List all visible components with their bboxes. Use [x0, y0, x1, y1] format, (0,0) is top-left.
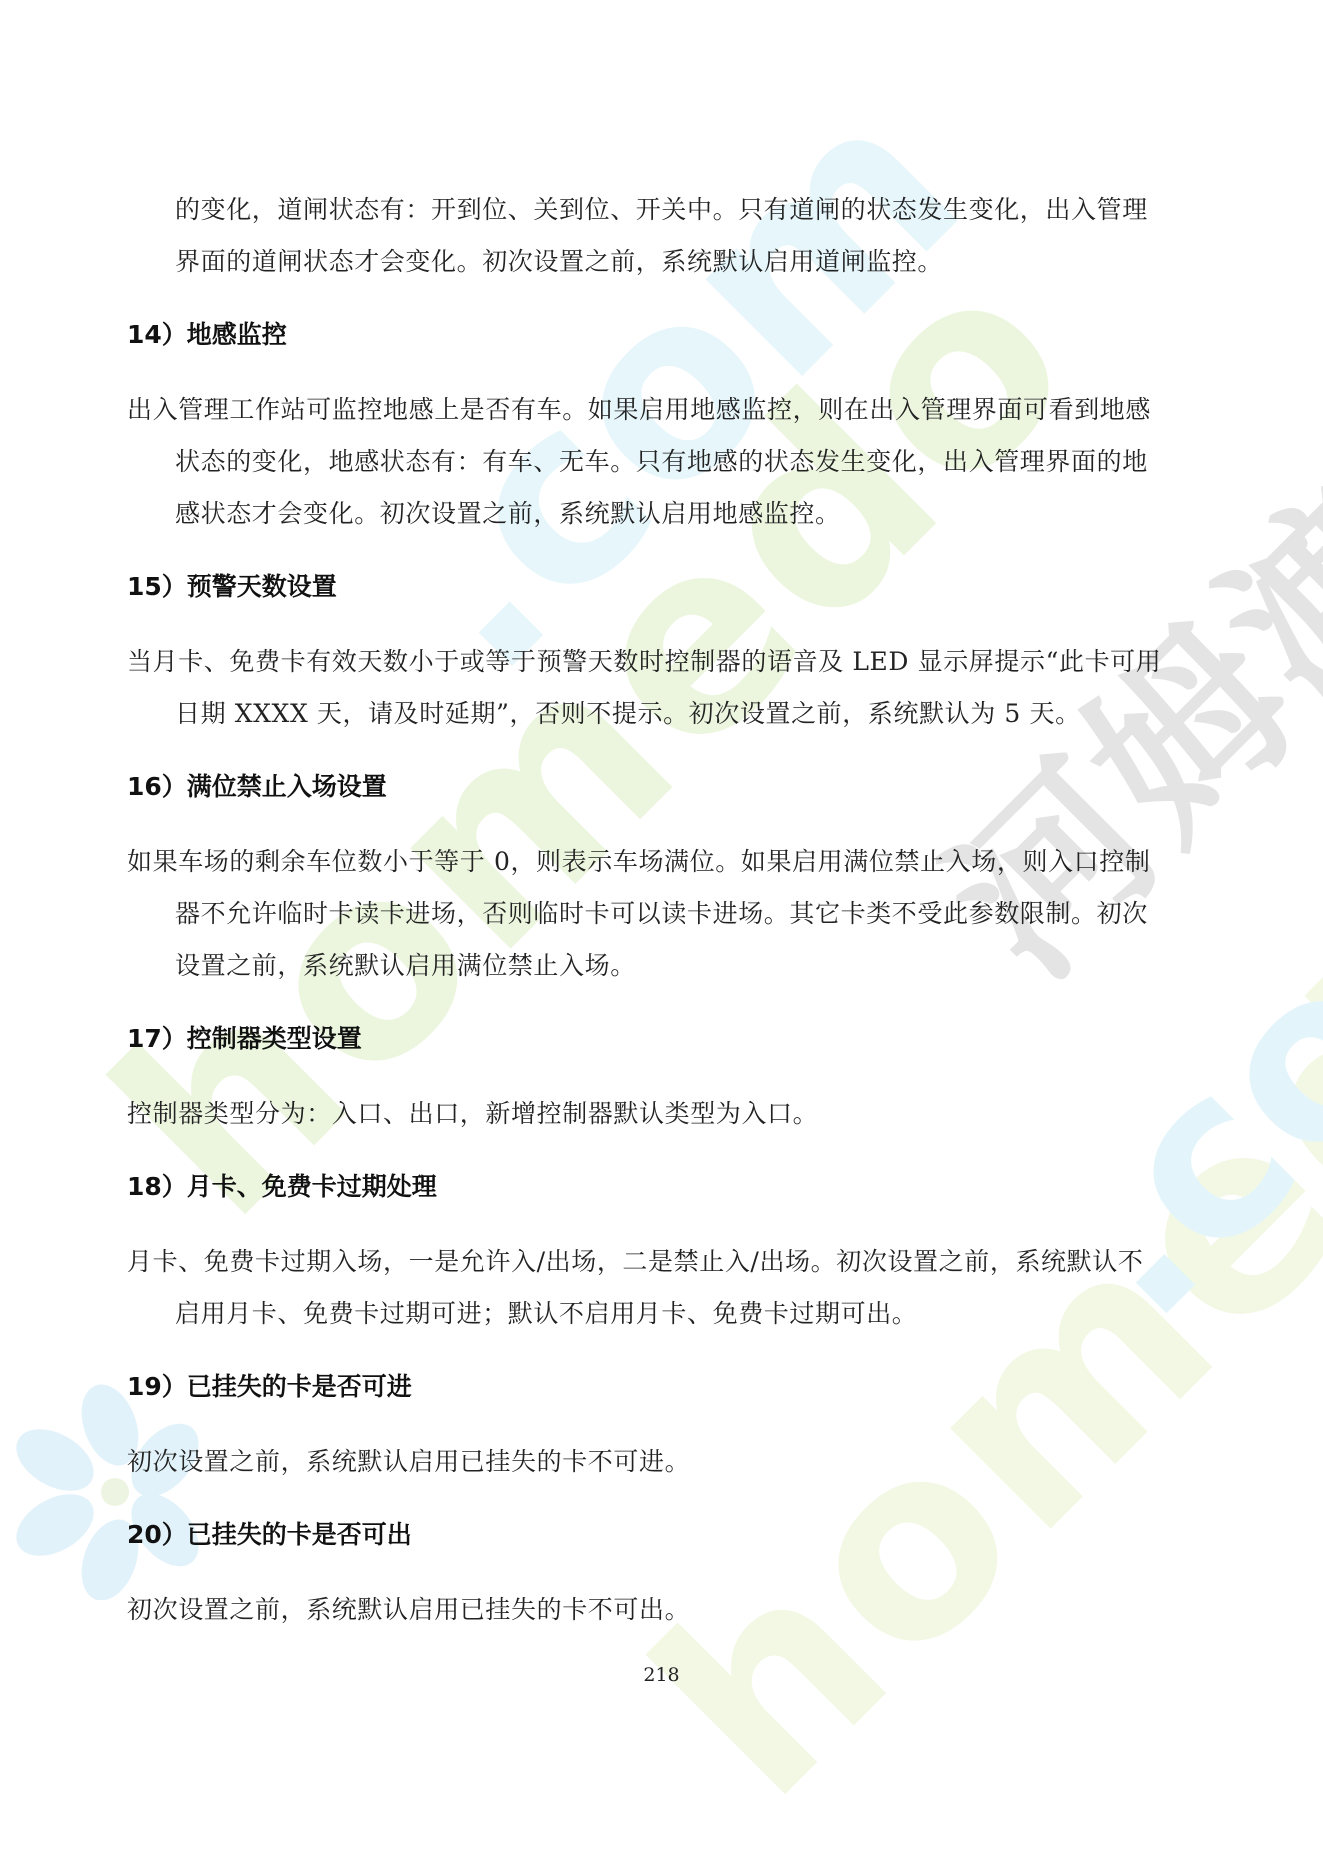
section-title: 已挂失的卡是否可出 — [187, 1520, 412, 1549]
paragraph-line: 初次设置之前，系统默认启用已挂失的卡不可进。 — [127, 1446, 690, 1478]
section-number: 16） — [127, 772, 187, 801]
section-heading-16: 16）满位禁止入场设置 — [127, 771, 387, 803]
section-heading-15: 15）预警天数设置 — [127, 571, 337, 603]
paragraph-line: 的变化，道闸状态有：开到位、关到位、开关中。只有道闸的状态发生变化，出入管理 — [175, 194, 1148, 226]
paragraph-line: 界面的道闸状态才会变化。初次设置之前，系统默认启用道闸监控。 — [175, 246, 943, 278]
paragraph-line: 设置之前，系统默认启用满位禁止入场。 — [175, 950, 636, 982]
section-title: 月卡、免费卡过期处理 — [187, 1172, 437, 1201]
section-number: 14） — [127, 320, 187, 349]
watermark-domain: .com — [330, 42, 1013, 725]
section-title: 地感监控 — [187, 320, 287, 349]
section-heading-19: 19）已挂失的卡是否可进 — [127, 1371, 412, 1403]
paragraph-line: 月卡、免费卡过期入场，一是允许入/出场，二是禁止入/出场。初次设置之前，系统默认… — [127, 1246, 1143, 1278]
paragraph-line: 出入管理工作站可监控地感上是否有车。如果启用地感监控，则在出入管理界面可看到地感 — [127, 394, 1151, 426]
section-number: 18） — [127, 1172, 187, 1201]
paragraph-line: 状态的变化，地感状态有：有车、无车。只有地感的状态发生变化，出入管理界面的地 — [175, 446, 1148, 478]
paragraph-line: 器不允许临时卡读卡进场，否则临时卡可以读卡进场。其它卡类不受此参数限制。初次 — [175, 898, 1148, 930]
section-heading-18: 18）月卡、免费卡过期处理 — [127, 1171, 437, 1203]
section-number: 20） — [127, 1520, 187, 1549]
paragraph-line: 如果车场的剩余车位数小于等于 0，则表示车场满位。如果启用满位禁止入场，则入口控… — [127, 846, 1150, 878]
section-heading-17: 17）控制器类型设置 — [127, 1023, 362, 1055]
section-title: 满位禁止入场设置 — [187, 772, 387, 801]
paragraph-line: 感状态才会变化。初次设置之前，系统默认启用地感监控。 — [175, 498, 841, 530]
paragraph-line: 当月卡、免费卡有效天数小于或等于预警天数时控制器的语音及 LED 显示屏提示“此… — [127, 646, 1161, 678]
paragraph-line: 控制器类型分为：入口、出口，新增控制器默认类型为入口。 — [127, 1098, 818, 1130]
paragraph-line: 日期 XXXX 天，请及时延期”，否则不提示。初次设置之前，系统默认为 5 天。 — [175, 698, 1081, 730]
section-heading-14: 14）地感监控 — [127, 319, 287, 351]
section-number: 15） — [127, 572, 187, 601]
section-heading-20: 20）已挂失的卡是否可出 — [127, 1519, 412, 1551]
paragraph-line: 启用月卡、免费卡过期可进；默认不启用月卡、免费卡过期可出。 — [175, 1298, 917, 1330]
section-number: 17） — [127, 1024, 187, 1053]
section-title: 控制器类型设置 — [187, 1024, 362, 1053]
section-title: 预警天数设置 — [187, 572, 337, 601]
page-number: 218 — [0, 1664, 1323, 1686]
section-title: 已挂失的卡是否可进 — [187, 1372, 412, 1401]
paragraph-line: 初次设置之前，系统默认启用已挂失的卡不可出。 — [127, 1594, 690, 1626]
watermark-layer: .com homedo homedo .com 河姆渡 — [0, 0, 1323, 1871]
flower-logo-icon — [15, 1380, 205, 1600]
section-number: 19） — [127, 1372, 187, 1401]
